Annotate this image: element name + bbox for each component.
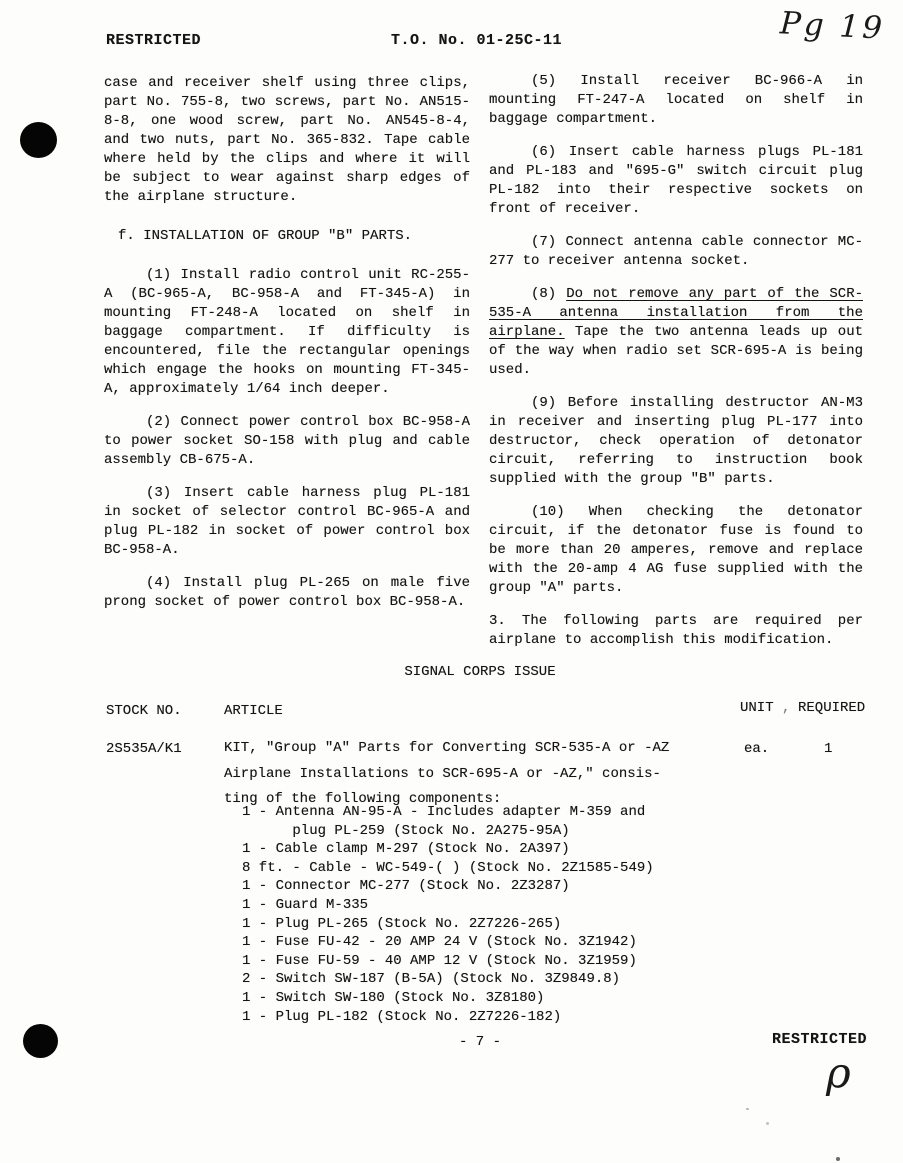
component-line: 1 - Fuse FU-42 - 20 AMP 24 V (Stock No. … (242, 933, 654, 952)
stray-comma-mark: , (782, 700, 790, 716)
kit-components-list: 1 - Antenna AN-95-A - Includes adapter M… (242, 803, 654, 1026)
paragraph-3: (3) Insert cable harness plug PL-181 in … (104, 484, 470, 560)
header-classification: RESTRICTED (106, 32, 201, 49)
row-stock-no: 2S535A/K1 (106, 740, 182, 759)
handwritten-page-annotation: Pg 19 (779, 5, 886, 46)
scan-speck (766, 1122, 769, 1125)
component-line: 1 - Antenna AN-95-A - Includes adapter M… (242, 803, 654, 822)
component-line: 1 - Plug PL-265 (Stock No. 2Z7226-265) (242, 915, 654, 934)
hole-punch-top (20, 122, 57, 158)
row-article: KIT, "Group "A" Parts for Converting SCR… (224, 736, 669, 813)
component-line: 1 - Guard M-335 (242, 896, 654, 915)
header-to-number: T.O. No. 01-25C-11 (391, 32, 562, 49)
paragraph-6: (6) Insert cable harness plugs PL-181 an… (489, 143, 863, 219)
component-line: 2 - Switch SW-187 (B-5A) (Stock No. 3Z98… (242, 970, 654, 989)
component-line: 1 - Plug PL-182 (Stock No. 2Z7226-182) (242, 1008, 654, 1027)
paragraph-5: (5) Install receiver BC-966-A in mountin… (489, 72, 863, 129)
paragraph-2: (2) Connect power control box BC-958-A t… (104, 413, 470, 470)
footer-page-number: - 7 - (105, 1034, 855, 1050)
signal-corps-title: SIGNAL CORPS ISSUE (105, 664, 855, 680)
component-line: 1 - Cable clamp M-297 (Stock No. 2A397) (242, 840, 654, 859)
paragraph-8: (8) Do not remove any part of the SCR-53… (489, 285, 863, 380)
article-line-1: KIT, "Group "A" Parts for Converting SCR… (224, 736, 669, 762)
column-header-stock-no: STOCK NO. (106, 703, 182, 719)
scan-speck (836, 1157, 840, 1161)
scan-speck (746, 1108, 749, 1110)
paragraph-4: (4) Install plug PL-265 on male five pro… (104, 574, 470, 612)
paragraph-7: (7) Connect antenna cable connector MC-2… (489, 233, 863, 271)
paragraph-intro: case and receiver shelf using three clip… (104, 74, 470, 207)
component-line: 1 - Connector MC-277 (Stock No. 2Z3287) (242, 877, 654, 896)
scanned-document-page: RESTRICTED T.O. No. 01-25C-11 Pg 19 case… (0, 0, 903, 1163)
paragraph-1: (1) Install radio control unit RC-255-A … (104, 266, 470, 399)
article-line-2: Airplane Installations to SCR-695-A or -… (224, 762, 669, 788)
column-header-required: REQUIRED (798, 700, 865, 716)
left-column: case and receiver shelf using three clip… (104, 74, 470, 612)
paragraph-9: (9) Before installing destructor AN-M3 i… (489, 394, 863, 489)
component-line: 8 ft. - Cable - WC-549-( ) (Stock No. 2Z… (242, 859, 654, 878)
footer-classification: RESTRICTED (772, 1031, 867, 1048)
paragraph-10: (10) When checking the detonator circuit… (489, 503, 863, 598)
paragraph-closing: 3. The following parts are required per … (489, 612, 863, 650)
row-unit: ea. (744, 740, 769, 759)
column-header-unit: UNIT (740, 700, 774, 716)
hole-punch-bottom (23, 1024, 58, 1058)
component-line: plug PL-259 (Stock No. 2A275-95A) (242, 822, 654, 841)
paragraph-8-number: (8) (531, 286, 566, 302)
component-line: 1 - Switch SW-180 (Stock No. 3Z8180) (242, 989, 654, 1008)
component-line: 1 - Fuse FU-59 - 40 AMP 12 V (Stock No. … (242, 952, 654, 971)
right-column: (5) Install receiver BC-966-A in mountin… (489, 72, 863, 650)
handwritten-mark: ρ (826, 1048, 851, 1097)
row-required: 1 (824, 740, 832, 759)
section-heading-f: f. INSTALLATION OF GROUP "B" PARTS. (104, 227, 470, 246)
column-header-article: ARTICLE (224, 703, 283, 719)
